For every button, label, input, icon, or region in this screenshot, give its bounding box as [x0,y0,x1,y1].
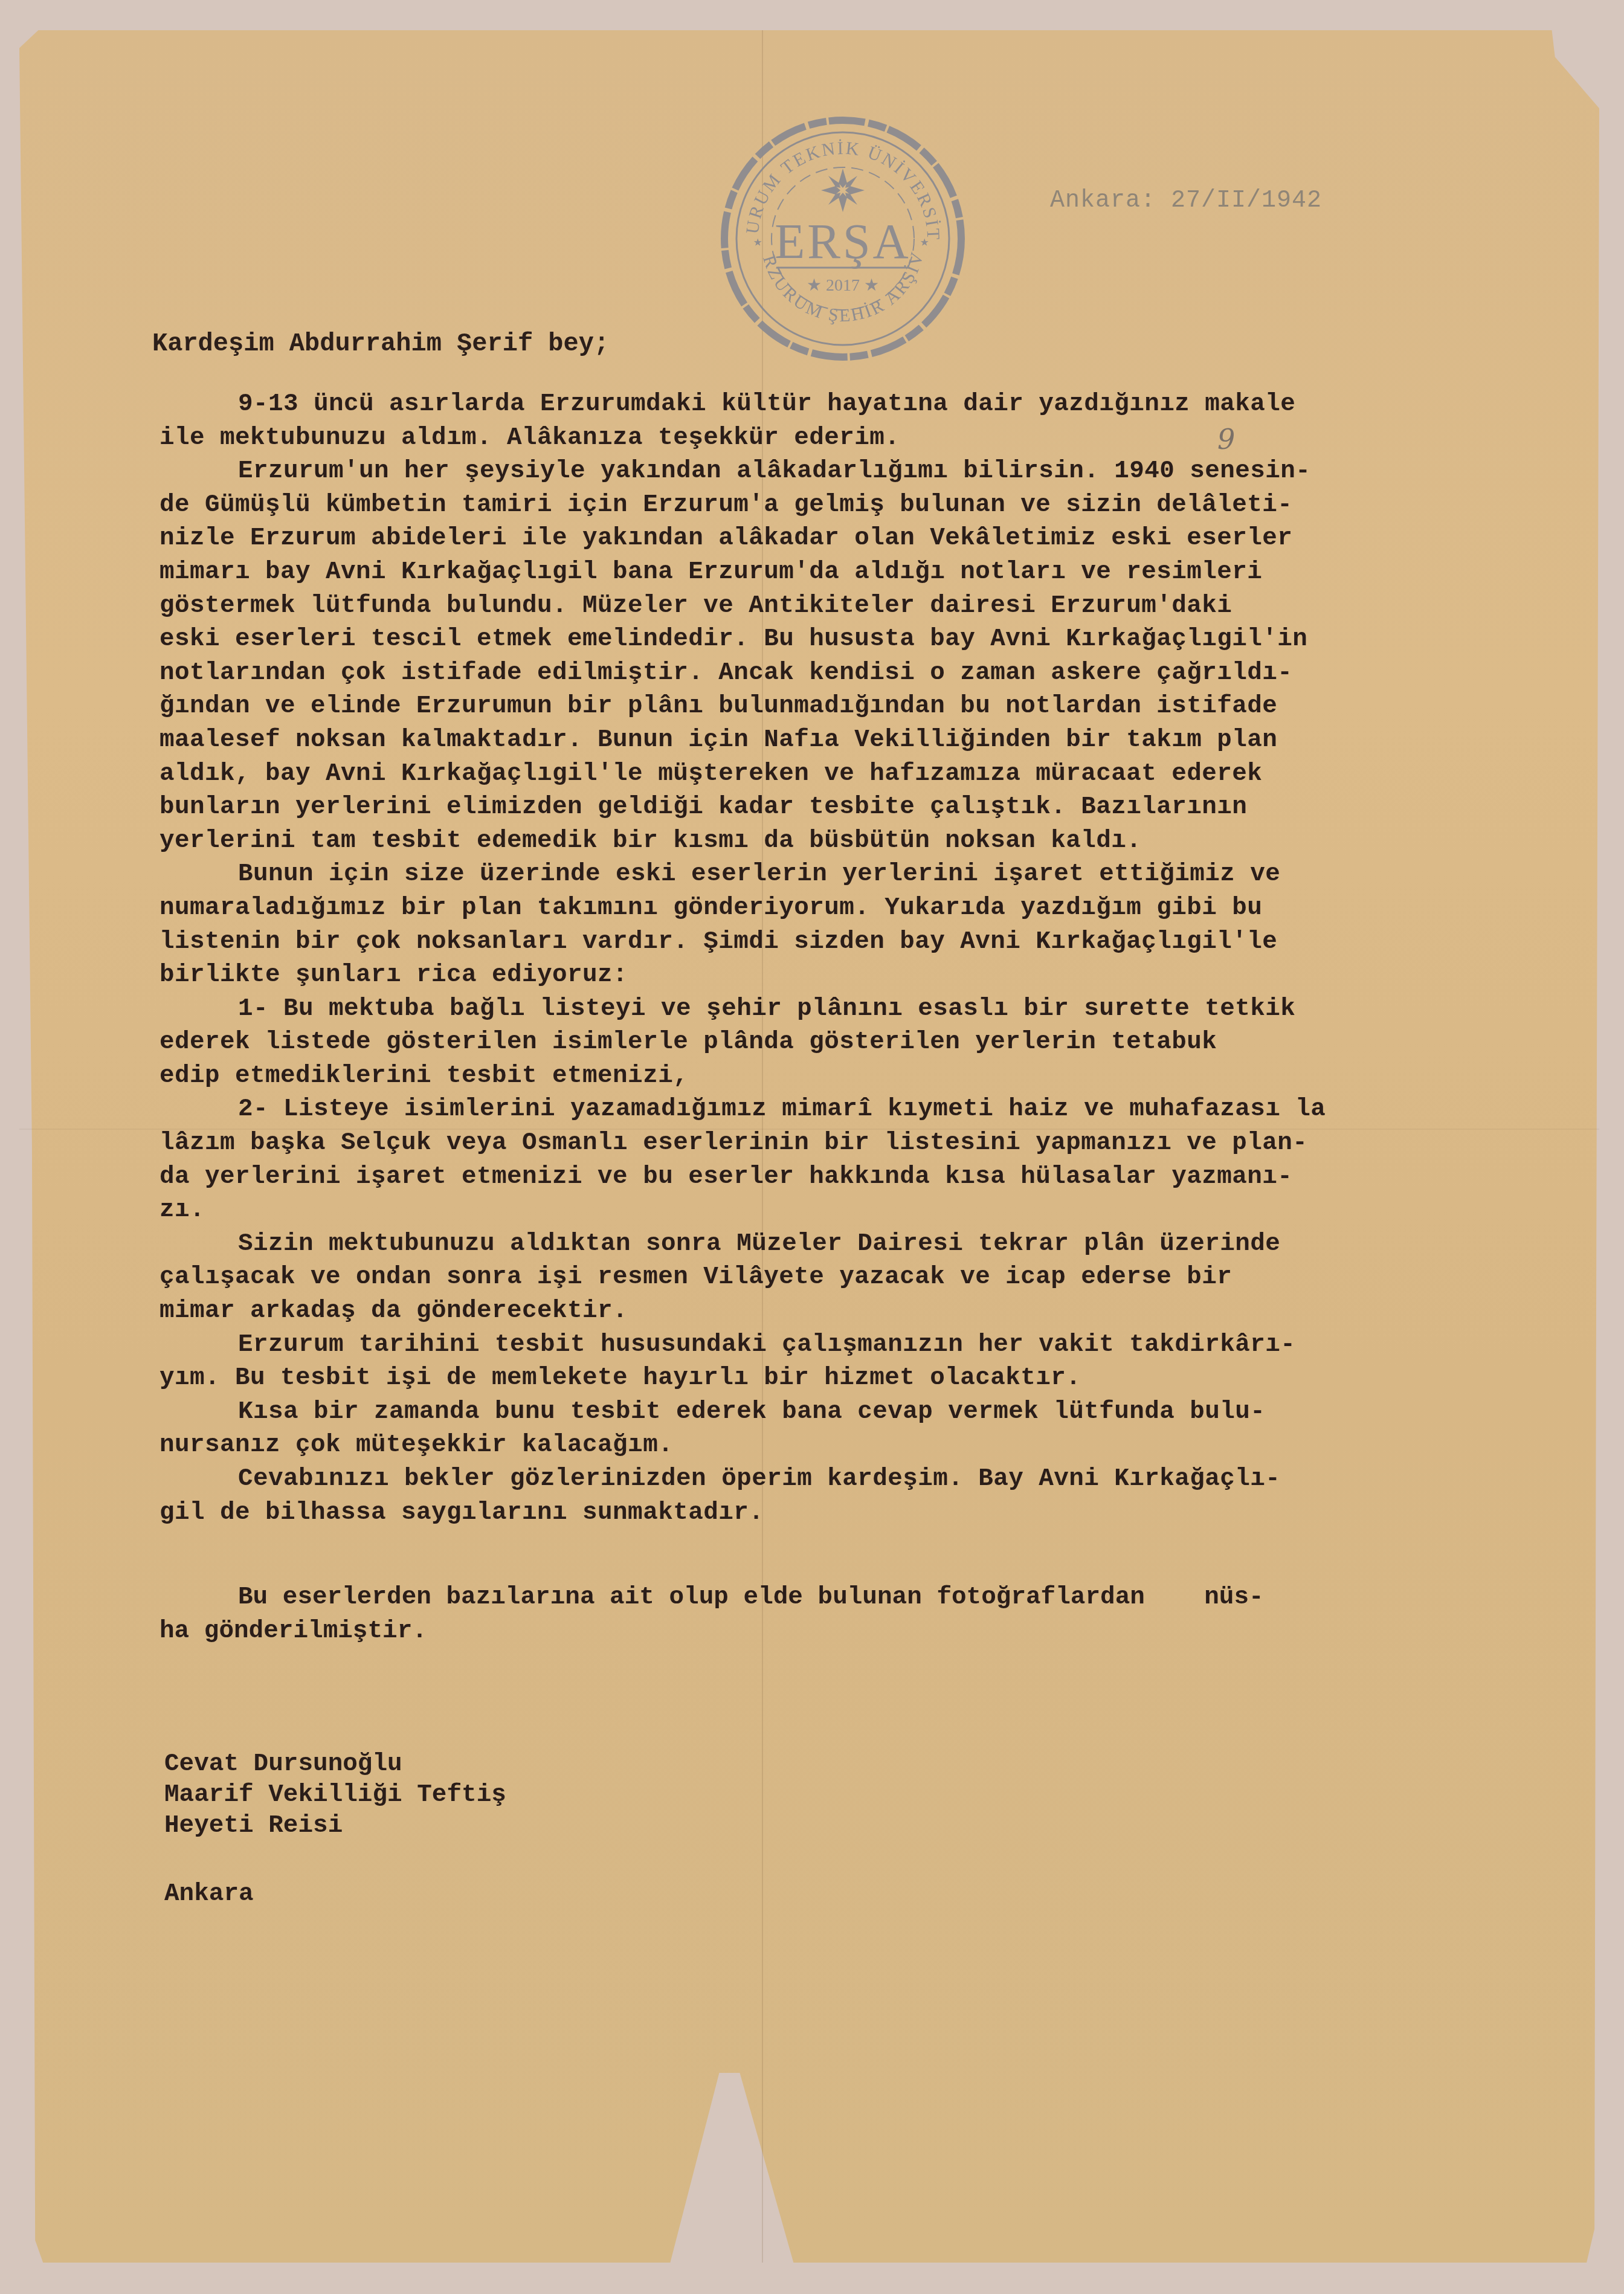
text-line: notlarından çok istifade edilmiştir. Anc… [159,657,1440,691]
text-line: Kısa bir zamanda bunu tesbit ederek bana… [159,1396,1440,1429]
text-line: Bunun için size üzerinde eski eserlerin … [159,858,1440,892]
text-line: Cevabınızı bekler gözlerinizden öperim k… [159,1463,1440,1497]
archive-stamp: ERZURUM TEKNİK ÜNİVERSİTESİ ERZURUM ŞEHİ… [716,112,970,366]
svg-text:★ 2017 ★: ★ 2017 ★ [807,276,879,295]
text-line: birlikte şunları rica ediyoruz: [159,959,1440,993]
text-line: yerlerini tam tesbit edemedik bir kısmı … [159,825,1440,859]
svg-text:★: ★ [920,234,929,251]
text-line: 9-13 üncü asırlarda Erzurumdaki kültür h… [159,388,1440,422]
letter-body: 9-13 üncü asırlarda Erzurumdaki kültür h… [159,388,1440,1530]
text-line: zı. [159,1194,1440,1228]
text-line: da yerlerini işaret etmenizi ve bu eserl… [159,1161,1440,1194]
signer-title: Maarif Vekilliği Teftiş [164,1780,506,1811]
text-line: ğından ve elinde Erzurumun bir plânı bul… [159,690,1440,724]
archive-stamp-icon: ERZURUM TEKNİK ÜNİVERSİTESİ ERZURUM ŞEHİ… [716,112,970,366]
text-line: yım. Bu tesbit işi de memlekete hayırlı … [159,1362,1440,1396]
svg-text:★: ★ [753,234,762,251]
text-line: Erzurum'un her şeysiyle yakından alâkada… [159,455,1440,489]
text-line: ederek listede gösterilen isimlerle plân… [159,1026,1440,1060]
text-line: listenin bir çok noksanları vardır. Şimd… [159,926,1440,959]
signer-place: Ankara [164,1879,506,1910]
text-line: Bu eserlerden bazılarına ait olup elde b… [159,1580,1440,1614]
salutation: Kardeşim Abdurrahim Şerif bey; [152,329,609,358]
letter-date: Ankara: 27/II/1942 [1050,187,1322,214]
text-line: eski eserleri tescil etmek emelindedir. … [159,623,1440,657]
text-line: bunların yerlerini elimizden geldiği kad… [159,791,1440,825]
signature-block: Cevat Dursunoğlu Maarif Vekilliği Teftiş… [164,1749,506,1910]
text-line: de Gümüşlü kümbetin tamiri için Erzurum'… [159,489,1440,523]
text-line: Erzurum tarihini tesbit hususundaki çalı… [159,1329,1440,1362]
svg-text:ERŞA: ERŞA [775,214,911,269]
signer-title-cont: Heyeti Reisi [164,1811,506,1841]
text-line: nursanız çok müteşekkir kalacağım. [159,1429,1440,1463]
text-line: göstermek lütfunda bulundu. Müzeler ve A… [159,590,1440,623]
text-line: Sizin mektubunuzu aldıktan sonra Müzeler… [159,1228,1440,1261]
text-line: 1- Bu mektuba bağlı listeyi ve şehir plâ… [159,993,1440,1026]
text-line: mimarı bay Avni Kırkağaçlıgil bana Erzur… [159,556,1440,590]
text-line: numaraladığımız bir plan takımını gönder… [159,892,1440,926]
text-line: gil de bilhassa saygılarını sunmaktadır. [159,1497,1440,1530]
text-line: lâzım başka Selçuk veya Osmanlı eserleri… [159,1127,1440,1161]
snowflake-icon [821,169,865,212]
letter-postscript: Bu eserlerden bazılarına ait olup elde b… [159,1580,1440,1647]
text-line: ile mektubunuzu aldım. Alâkanıza teşekkü… [159,422,1440,456]
text-line: maalesef noksan kalmaktadır. Bunun için … [159,724,1440,758]
text-line: nizle Erzurum abideleri ile yakından alâ… [159,522,1440,556]
text-line: ha gönderilmiştir. [159,1614,1440,1648]
text-line: mimar arkadaş da gönderecektir. [159,1295,1440,1329]
text-line: edip etmediklerini tesbit etmenizi, [159,1060,1440,1094]
text-line: aldık, bay Avni Kırkağaçlıgil'le müştere… [159,758,1440,791]
text-line: 2- Listeye isimlerini yazamadığımız mima… [159,1093,1440,1127]
signer-name: Cevat Dursunoğlu [164,1749,506,1780]
text-line: çalışacak ve ondan sonra işi resmen Vilâ… [159,1261,1440,1295]
